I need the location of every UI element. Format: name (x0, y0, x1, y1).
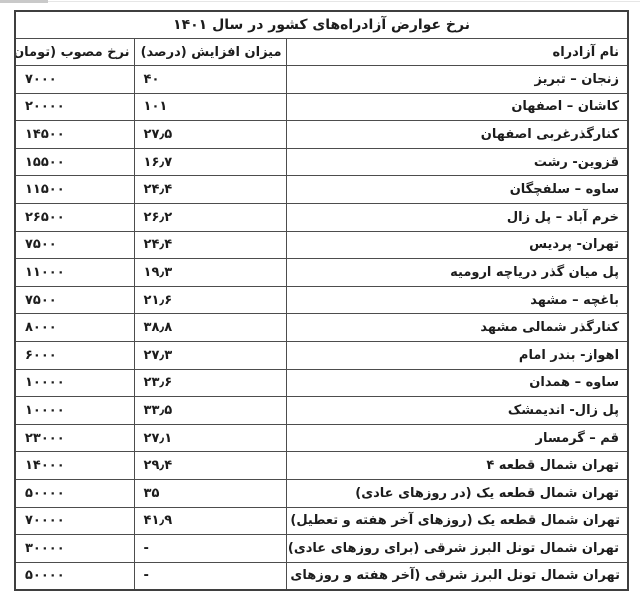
approved-rate-cell: ۲۰۰۰۰ (15, 93, 134, 121)
freeway-name-cell: ساوه – سلفچگان (286, 176, 628, 204)
approved-rate-cell: ۷۰۰۰ (15, 66, 134, 94)
freeway-name-cell: پل میان گذر دریاچه ارومیه (286, 259, 628, 287)
increase-percent-cell: ۲۴٫۴ (134, 231, 286, 259)
scan-artifact (0, 0, 48, 3)
freeway-name-cell: قزوین- رشت (286, 148, 628, 176)
freeway-name-cell: ساوه – همدان (286, 369, 628, 397)
increase-percent-cell: ۱۹٫۳ (134, 259, 286, 287)
table-row: خرم آباد – پل زال ۲۶٫۲ ۲۶۵۰۰ (15, 203, 628, 231)
table-row: زنجان – تبریز ۴۰ ۷۰۰۰ (15, 66, 628, 94)
freeway-name-cell: تهران شمال قطعه ۴ (286, 452, 628, 480)
approved-rate-cell: ۵۰۰۰۰ (15, 562, 134, 590)
table-row: کنارگذر شمالی مشهد ۳۸٫۸ ۸۰۰۰ (15, 314, 628, 342)
table-title-row: نرخ عوارض آزادراه‌های کشور در سال ۱۴۰۱ (15, 11, 628, 39)
approved-rate-cell: ۱۴۰۰۰ (15, 452, 134, 480)
approved-rate-cell: ۷۰۰۰۰ (15, 507, 134, 535)
increase-percent-cell: ۲۷٫۵ (134, 121, 286, 149)
table-row: تهران- پردیس ۲۴٫۴ ۷۵۰۰ (15, 231, 628, 259)
table-row: تهران شمال تونل البرز شرقی (آخر هفته و ر… (15, 562, 628, 590)
table-row: ساوه – همدان ۲۳٫۶ ۱۰۰۰۰ (15, 369, 628, 397)
freeway-name-cell: خرم آباد – پل زال (286, 203, 628, 231)
increase-percent-cell: - (134, 535, 286, 563)
increase-percent-cell: - (134, 562, 286, 590)
table-row: کنارگذرغربی اصفهان ۲۷٫۵ ۱۴۵۰۰ (15, 121, 628, 149)
table-head: نرخ عوارض آزادراه‌های کشور در سال ۱۴۰۱ ن… (15, 11, 628, 66)
approved-rate-cell: ۱۱۰۰۰ (15, 259, 134, 287)
increase-percent-cell: ۳۵ (134, 479, 286, 507)
increase-percent-cell: ۲۷٫۳ (134, 341, 286, 369)
approved-rate-cell: ۳۰۰۰۰ (15, 535, 134, 563)
approved-rate-cell: ۱۴۵۰۰ (15, 121, 134, 149)
increase-percent-cell: ۳۸٫۸ (134, 314, 286, 342)
freeway-name-cell: تهران- پردیس (286, 231, 628, 259)
table-row: تهران شمال قطعه یک (روزهای آخر هفته و تع… (15, 507, 628, 535)
approved-rate-cell: ۲۶۵۰۰ (15, 203, 134, 231)
table-row: تهران شمال قطعه ۴ ۲۹٫۴ ۱۴۰۰۰ (15, 452, 628, 480)
increase-percent-cell: ۲۶٫۲ (134, 203, 286, 231)
freeway-name-cell: کنارگذر شمالی مشهد (286, 314, 628, 342)
approved-rate-cell: ۲۳۰۰۰ (15, 424, 134, 452)
table-row: تهران شمال قطعه یک (در روزهای عادی) ۳۵ ۵… (15, 479, 628, 507)
increase-percent-cell: ۱۰۱ (134, 93, 286, 121)
freeway-name-cell: تهران شمال تونل البرز شرقی (آخر هفته و ر… (286, 562, 628, 590)
approved-rate-cell: ۶۰۰۰ (15, 341, 134, 369)
table-row: قم – گرمسار ۲۷٫۱ ۲۳۰۰۰ (15, 424, 628, 452)
table-row: پل زال- اندیمشک ۳۳٫۵ ۱۰۰۰۰ (15, 397, 628, 425)
scan-edge-line (0, 1, 640, 2)
increase-percent-cell: ۴۰ (134, 66, 286, 94)
table-row: کاشان – اصفهان ۱۰۱ ۲۰۰۰۰ (15, 93, 628, 121)
increase-percent-cell: ۲۱٫۶ (134, 286, 286, 314)
table-row: اهواز- بندر امام ۲۷٫۳ ۶۰۰۰ (15, 341, 628, 369)
approved-rate-cell: ۱۰۰۰۰ (15, 397, 134, 425)
approved-rate-cell: ۱۰۰۰۰ (15, 369, 134, 397)
approved-rate-cell: ۱۵۵۰۰ (15, 148, 134, 176)
freeway-name-cell: قم – گرمسار (286, 424, 628, 452)
freeway-name-cell: زنجان – تبریز (286, 66, 628, 94)
approved-rate-cell: ۷۵۰۰ (15, 231, 134, 259)
freeway-name-cell: تهران شمال قطعه یک (در روزهای عادی) (286, 479, 628, 507)
toll-table-body: زنجان – تبریز ۴۰ ۷۰۰۰ کاشان – اصفهان ۱۰۱… (15, 66, 628, 590)
column-header-increase-percent: میزان افزایش (درصد) (134, 39, 286, 66)
approved-rate-cell: ۱۱۵۰۰ (15, 176, 134, 204)
increase-percent-cell: ۱۶٫۷ (134, 148, 286, 176)
table-title: نرخ عوارض آزادراه‌های کشور در سال ۱۴۰۱ (15, 11, 628, 39)
table-row: تهران شمال تونل البرز شرقی (برای روزهای … (15, 535, 628, 563)
table-row: پل میان گذر دریاچه ارومیه ۱۹٫۳ ۱۱۰۰۰ (15, 259, 628, 287)
approved-rate-cell: ۷۵۰۰ (15, 286, 134, 314)
increase-percent-cell: ۴۱٫۹ (134, 507, 286, 535)
increase-percent-cell: ۲۷٫۱ (134, 424, 286, 452)
freeway-name-cell: کاشان – اصفهان (286, 93, 628, 121)
toll-rates-table: نرخ عوارض آزادراه‌های کشور در سال ۱۴۰۱ ن… (14, 10, 629, 591)
table-row: ساوه – سلفچگان ۲۴٫۴ ۱۱۵۰۰ (15, 176, 628, 204)
toll-rates-table-page: نرخ عوارض آزادراه‌های کشور در سال ۱۴۰۱ ن… (0, 0, 640, 608)
freeway-name-cell: باغچه – مشهد (286, 286, 628, 314)
freeway-name-cell: پل زال- اندیمشک (286, 397, 628, 425)
table-row: قزوین- رشت ۱۶٫۷ ۱۵۵۰۰ (15, 148, 628, 176)
increase-percent-cell: ۲۳٫۶ (134, 369, 286, 397)
column-header-freeway-name: نام آزادراه (286, 39, 628, 66)
increase-percent-cell: ۲۹٫۴ (134, 452, 286, 480)
column-header-approved-rate: نرخ مصوب (تومان) (15, 39, 134, 66)
approved-rate-cell: ۵۰۰۰۰ (15, 479, 134, 507)
table-row: باغچه – مشهد ۲۱٫۶ ۷۵۰۰ (15, 286, 628, 314)
increase-percent-cell: ۳۳٫۵ (134, 397, 286, 425)
approved-rate-cell: ۸۰۰۰ (15, 314, 134, 342)
increase-percent-cell: ۲۴٫۴ (134, 176, 286, 204)
table-header-row: نام آزادراه میزان افزایش (درصد) نرخ مصوب… (15, 39, 628, 66)
freeway-name-cell: تهران شمال تونل البرز شرقی (برای روزهای … (286, 535, 628, 563)
freeway-name-cell: تهران شمال قطعه یک (روزهای آخر هفته و تع… (286, 507, 628, 535)
freeway-name-cell: کنارگذرغربی اصفهان (286, 121, 628, 149)
freeway-name-cell: اهواز- بندر امام (286, 341, 628, 369)
